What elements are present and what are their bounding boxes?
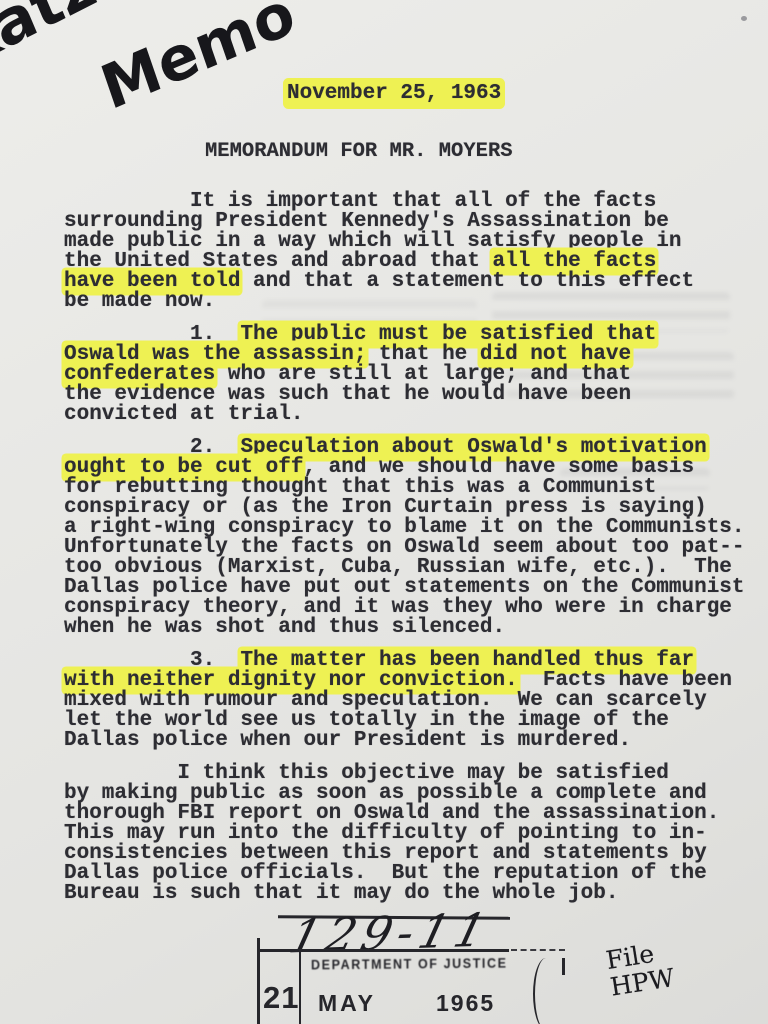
memo-line: Dallas police have put out statements on… [64,578,724,598]
paper-speck [741,16,747,21]
memo-line: Oswald was the assassin; that he did not… [64,345,724,365]
memo-line: Dallas police when our President is murd… [64,731,724,751]
memo-line: be made now. [64,292,724,312]
memo-line: with neither dignity nor conviction. Fac… [64,671,724,691]
memo-line: too obvious (Marxist, Cuba, Russian wife… [64,558,724,578]
stamp-tick-mark [562,958,565,975]
memo-line: by making public as soon as possible a c… [64,784,724,804]
memo-line: conspiracy theory, and it was they who w… [64,598,724,618]
memo-text: Bureau is such that it may do the whole … [64,882,619,905]
memo-line: 2. Speculation about Oswald's motivation [64,438,724,458]
memo-paragraph: 1. The public must be satisfied thatOswa… [64,325,724,425]
memo-line: 1. The public must be satisfied that [64,325,724,345]
memo-line: convicted at trial. [64,405,724,425]
memo-body: It is important that all of the factssur… [64,192,724,917]
memo-paragraph: 2. Speculation about Oswald's motivation… [64,438,724,638]
stamp-box-dashed-line [511,949,565,951]
memo-line: Unfortunately the facts on Oswald seem a… [64,538,724,558]
memo-line: consistencies between this report and st… [64,844,724,864]
memo-text: convicted at trial. [64,403,303,426]
memo-line: made public in a way which will satisfy … [64,232,724,252]
memo-line: Dallas police officials. But the reputat… [64,864,724,884]
memo-page: Katze Memo November 25, 1963 MEMORANDUM … [0,0,768,1024]
memo-line: thorough FBI report on Oswald and the as… [64,804,724,824]
memo-line: let the world see us totally in the imag… [64,711,724,731]
stamp-year: 1965 [436,990,495,1017]
memo-line: the evidence was such that he would have… [64,385,724,405]
memo-line: ought to be cut off, and we should have … [64,458,724,478]
memo-line: when he was shot and thus silenced. [64,618,724,638]
memo-line: have been told and that a statement to t… [64,272,724,292]
memo-line: mixed with rumour and speculation. We ca… [64,691,724,711]
memo-line: This may run into the difficulty of poin… [64,824,724,844]
handwritten-memo-annotation: Memo [93,0,304,124]
memo-line: surrounding President Kennedy's Assassin… [64,212,724,232]
stamp-box-top-line [257,949,509,952]
memo-paragraph: It is important that all of the factssur… [64,192,724,312]
stamp-agency-text: DEPARTMENT OF JUSTICE [311,955,521,972]
memo-line: I think this objective may be satisfied [64,764,724,784]
memo-line: the United States and abroad that all th… [64,252,724,272]
file-note: File HPW [604,937,676,1000]
memo-line: for rebutting thought that this was a Co… [64,478,724,498]
memo-paragraph: I think this objective may be satisfiedb… [64,764,724,904]
memo-text: be made now. [64,290,215,313]
stamp-curve-mark [533,958,559,1024]
handwritten-case-number: 129-11 [284,903,497,964]
memo-line: conspiracy or (as the Iron Curtain press… [64,498,724,518]
memo-title: MEMORANDUM FOR MR. MOYERS [205,140,513,163]
memo-line: confederates who are still at large; and… [64,365,724,385]
memo-paragraph: 3. The matter has been handled thus farw… [64,651,724,751]
memo-line: It is important that all of the facts [64,192,724,212]
memo-text: and that a statement to this effect [240,270,694,293]
memo-text: when he was shot and thus silenced. [64,616,505,639]
memo-line: a right-wing conspiracy to blame it on t… [64,518,724,538]
stamp-day: 21 [263,980,299,1016]
stamp-month: MAY [318,990,376,1017]
memo-date: November 25, 1963 [287,82,501,105]
memo-line: Bureau is such that it may do the whole … [64,884,724,904]
memo-text: Dallas police when our President is murd… [64,729,631,752]
memo-line: 3. The matter has been handled thus far [64,651,724,671]
